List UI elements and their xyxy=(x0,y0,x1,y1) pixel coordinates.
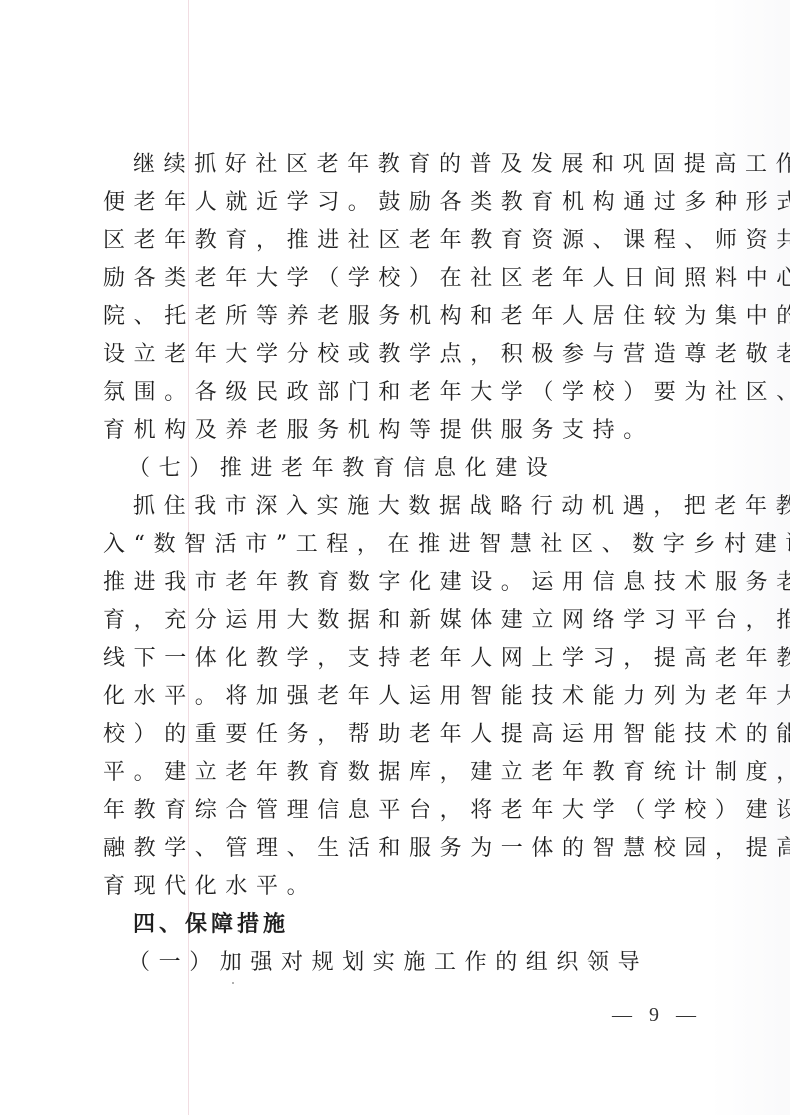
section-4-1-title: （一）加强对规划实施工作的组织领导 xyxy=(128,948,718,978)
text-line: 氛围。各级民政部门和老年大学（学校）要为社区、老年教 xyxy=(103,378,693,408)
text-line: 设立老年大学分校或教学点，积极参与营造尊老敬老的社会 xyxy=(103,340,693,370)
text-line: 平。建立老年教育数据库，建立老年教育统计制度，建立老 xyxy=(103,758,693,788)
text-line: 继续抓好社区老年教育的普及发展和巩固提高工作，方 xyxy=(133,150,723,180)
text-line: 便老年人就近学习。鼓励各类教育机构通过多种形式参与社 xyxy=(103,188,693,218)
text-line: 励各类老年大学（学校）在社区老年人日间照料中心、敬老 xyxy=(103,264,693,294)
text-line: 育，充分运用大数据和新媒体建立网络学习平台，推进线上 xyxy=(103,606,693,636)
text-line: 入“数智活市”工程，在推进智慧社区、数字乡村建设中， xyxy=(103,530,693,560)
text-line: 育机构及养老服务机构等提供服务支持。 xyxy=(103,416,693,446)
page-number: — 9 — xyxy=(612,1004,702,1027)
document-page: 继续抓好社区老年教育的普及发展和巩固提高工作，方 便老年人就近学习。鼓励各类教育… xyxy=(0,0,790,1115)
text-line: 线下一体化教学，支持老年人网上学习，提高老年教育现代 xyxy=(103,644,693,674)
text-line: 融教学、管理、生活和服务为一体的智慧校园，提高老年教 xyxy=(103,834,693,864)
section-7-title: （七）推进老年教育信息化建设 xyxy=(128,454,718,484)
scan-speck xyxy=(232,982,234,984)
text-line: 化水平。将加强老年人运用智能技术能力列为老年大学（学 xyxy=(103,682,693,712)
text-line: 年教育综合管理信息平台，将老年大学（学校）建设成一个 xyxy=(103,796,693,826)
text-line: 推进我市老年教育数字化建设。运用信息技术服务老年教 xyxy=(103,568,693,598)
section-4-title: 四、保障措施 xyxy=(133,910,723,940)
text-line: 校）的重要任务，帮助老年人提高运用智能技术的能力和水 xyxy=(103,720,693,750)
text-line: 抓住我市深入实施大数据战略行动机遇，把老年教育融 xyxy=(133,492,723,522)
text-line: 院、托老所等养老服务机构和老年人居住较为集中的社区， xyxy=(103,302,693,332)
text-line: 育现代化水平。 xyxy=(103,872,693,902)
text-line: 区老年教育，推进社区老年教育资源、课程、师资共享，鼓 xyxy=(103,226,693,256)
